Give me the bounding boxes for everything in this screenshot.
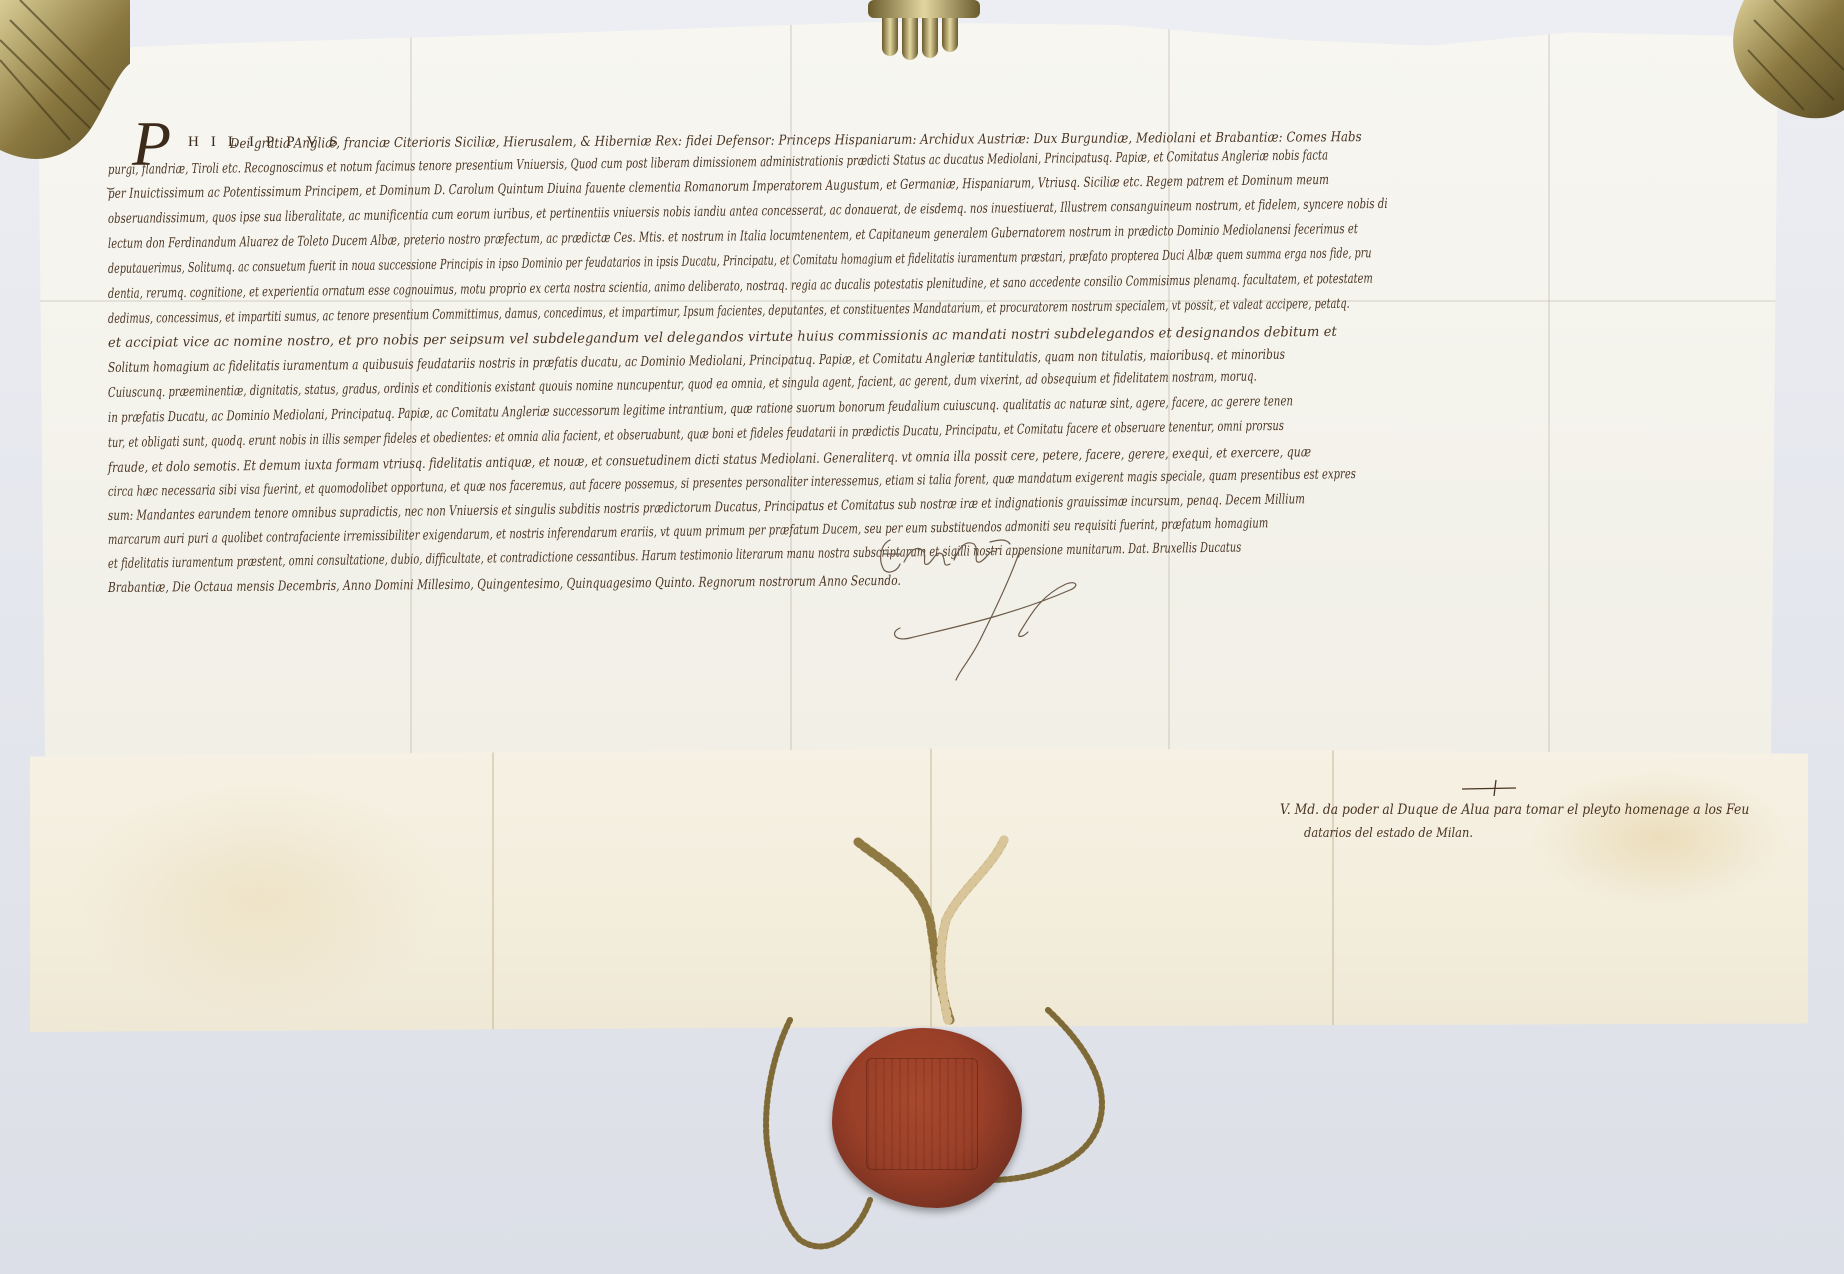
brass-clip-right [1724, 0, 1844, 130]
brass-clip-left [0, 0, 130, 170]
plica-panel [930, 748, 1334, 1032]
parchment-plica [30, 748, 1808, 1032]
brass-clip-center [860, 0, 990, 60]
endorsement-line: datarios del estado de Milan. [1304, 826, 1473, 841]
wax-seal [832, 1028, 1022, 1208]
stain [70, 778, 450, 1018]
seal-impression [866, 1058, 978, 1170]
cross-mark [1462, 780, 1516, 796]
fold-line [1548, 22, 1550, 762]
stain [1530, 768, 1790, 908]
royal-signature [870, 520, 1090, 690]
endorsement-line: V. Md. da poder al Duque de Alua para to… [1280, 802, 1749, 818]
plica-panel [492, 748, 932, 1032]
